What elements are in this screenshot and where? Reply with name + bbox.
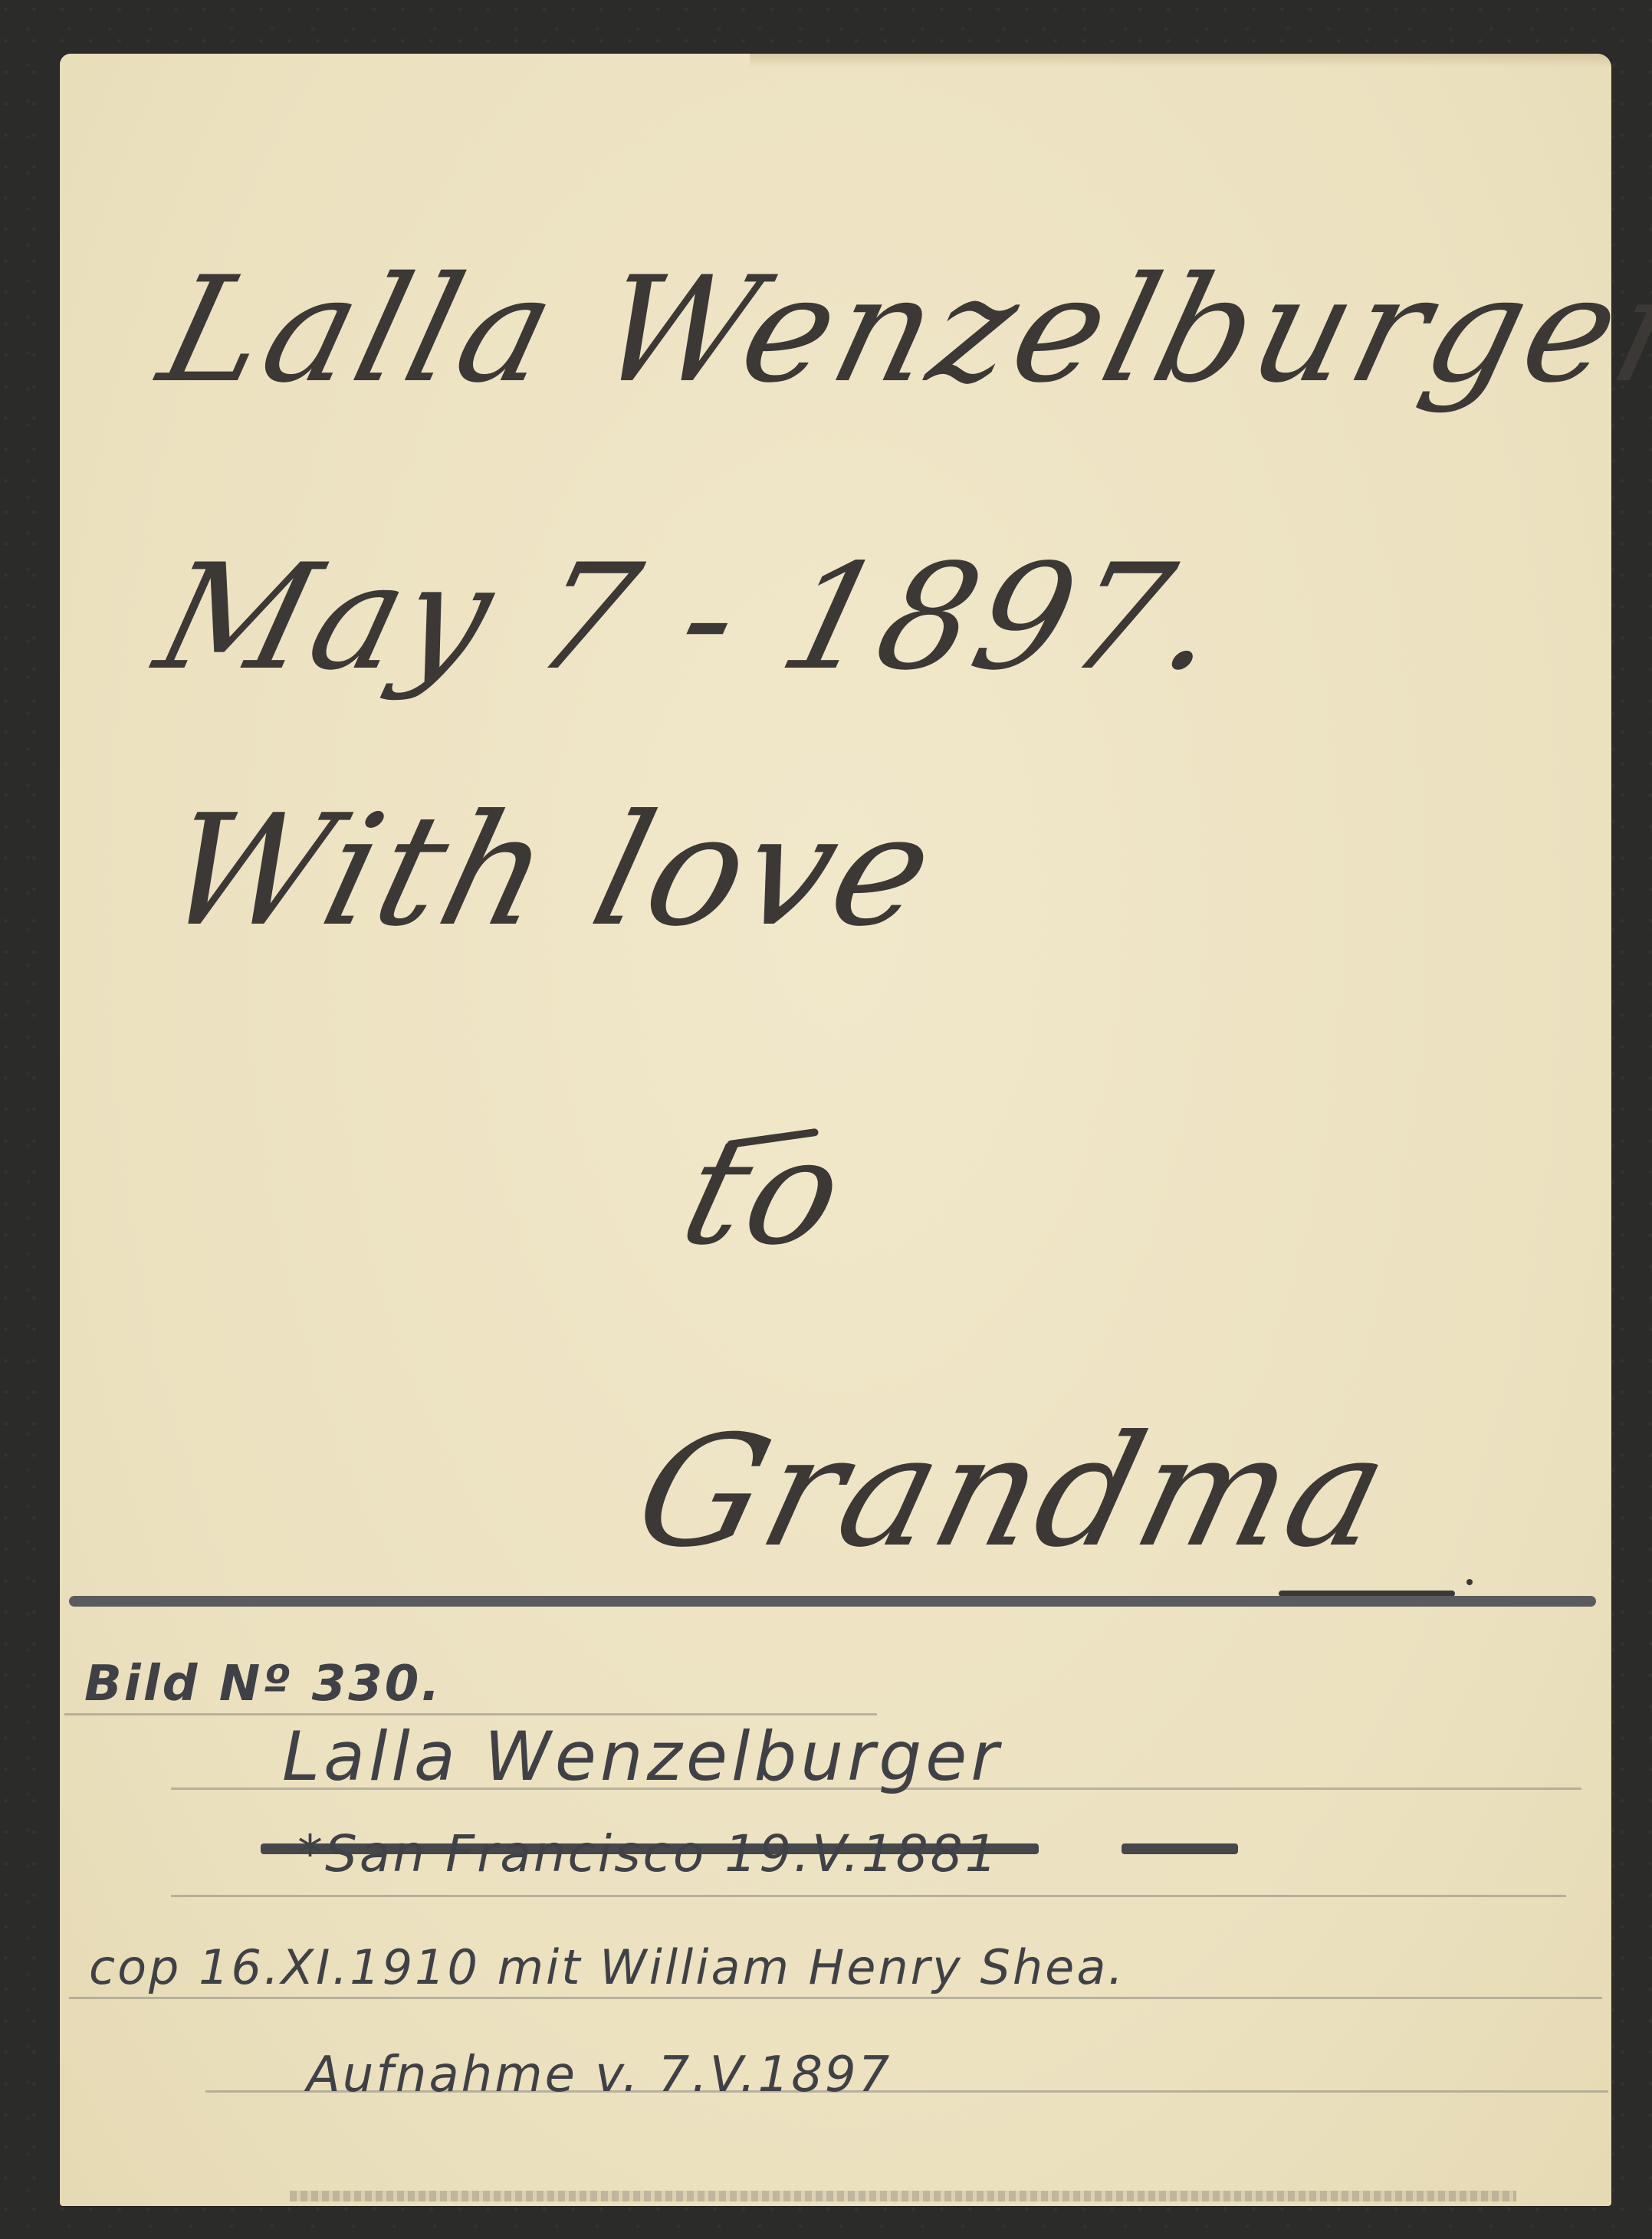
marriage-info: cop 16.XI.1910 mit William Henry Shea.: [89, 1939, 1125, 1995]
inscription-period: [1466, 1579, 1473, 1585]
picture-number: Bild Nº 330.: [84, 1656, 442, 1712]
subject-name: Lalla Wenzelburger: [282, 1717, 1002, 1796]
ruled-line: [64, 1713, 877, 1715]
name-underline-end: [1122, 1843, 1238, 1854]
ruled-line: [69, 1997, 1602, 1999]
inscription-with-love: With love: [149, 782, 953, 960]
photo-card: Lalla Wenzelburger May 7 - 1897. With lo…: [60, 54, 1611, 2206]
inscription-to: to: [667, 1108, 862, 1277]
inscription-name: Lalla Wenzelburger: [146, 245, 1652, 415]
card-edge-wear-top: [750, 54, 1611, 67]
inscription-grandma: Grandma: [620, 1403, 1407, 1581]
ruled-line: [171, 1895, 1566, 1897]
card-edge-wear-bottom: [290, 2191, 1516, 2201]
section-divider: [69, 1596, 1596, 1607]
photo-date: Aufnahme v. 7.V.1897: [307, 2047, 892, 2103]
inscription-date: May 7 - 1897.: [142, 533, 1240, 702]
birth-info: *San Francisco 19.V.1881: [297, 1824, 1000, 1883]
